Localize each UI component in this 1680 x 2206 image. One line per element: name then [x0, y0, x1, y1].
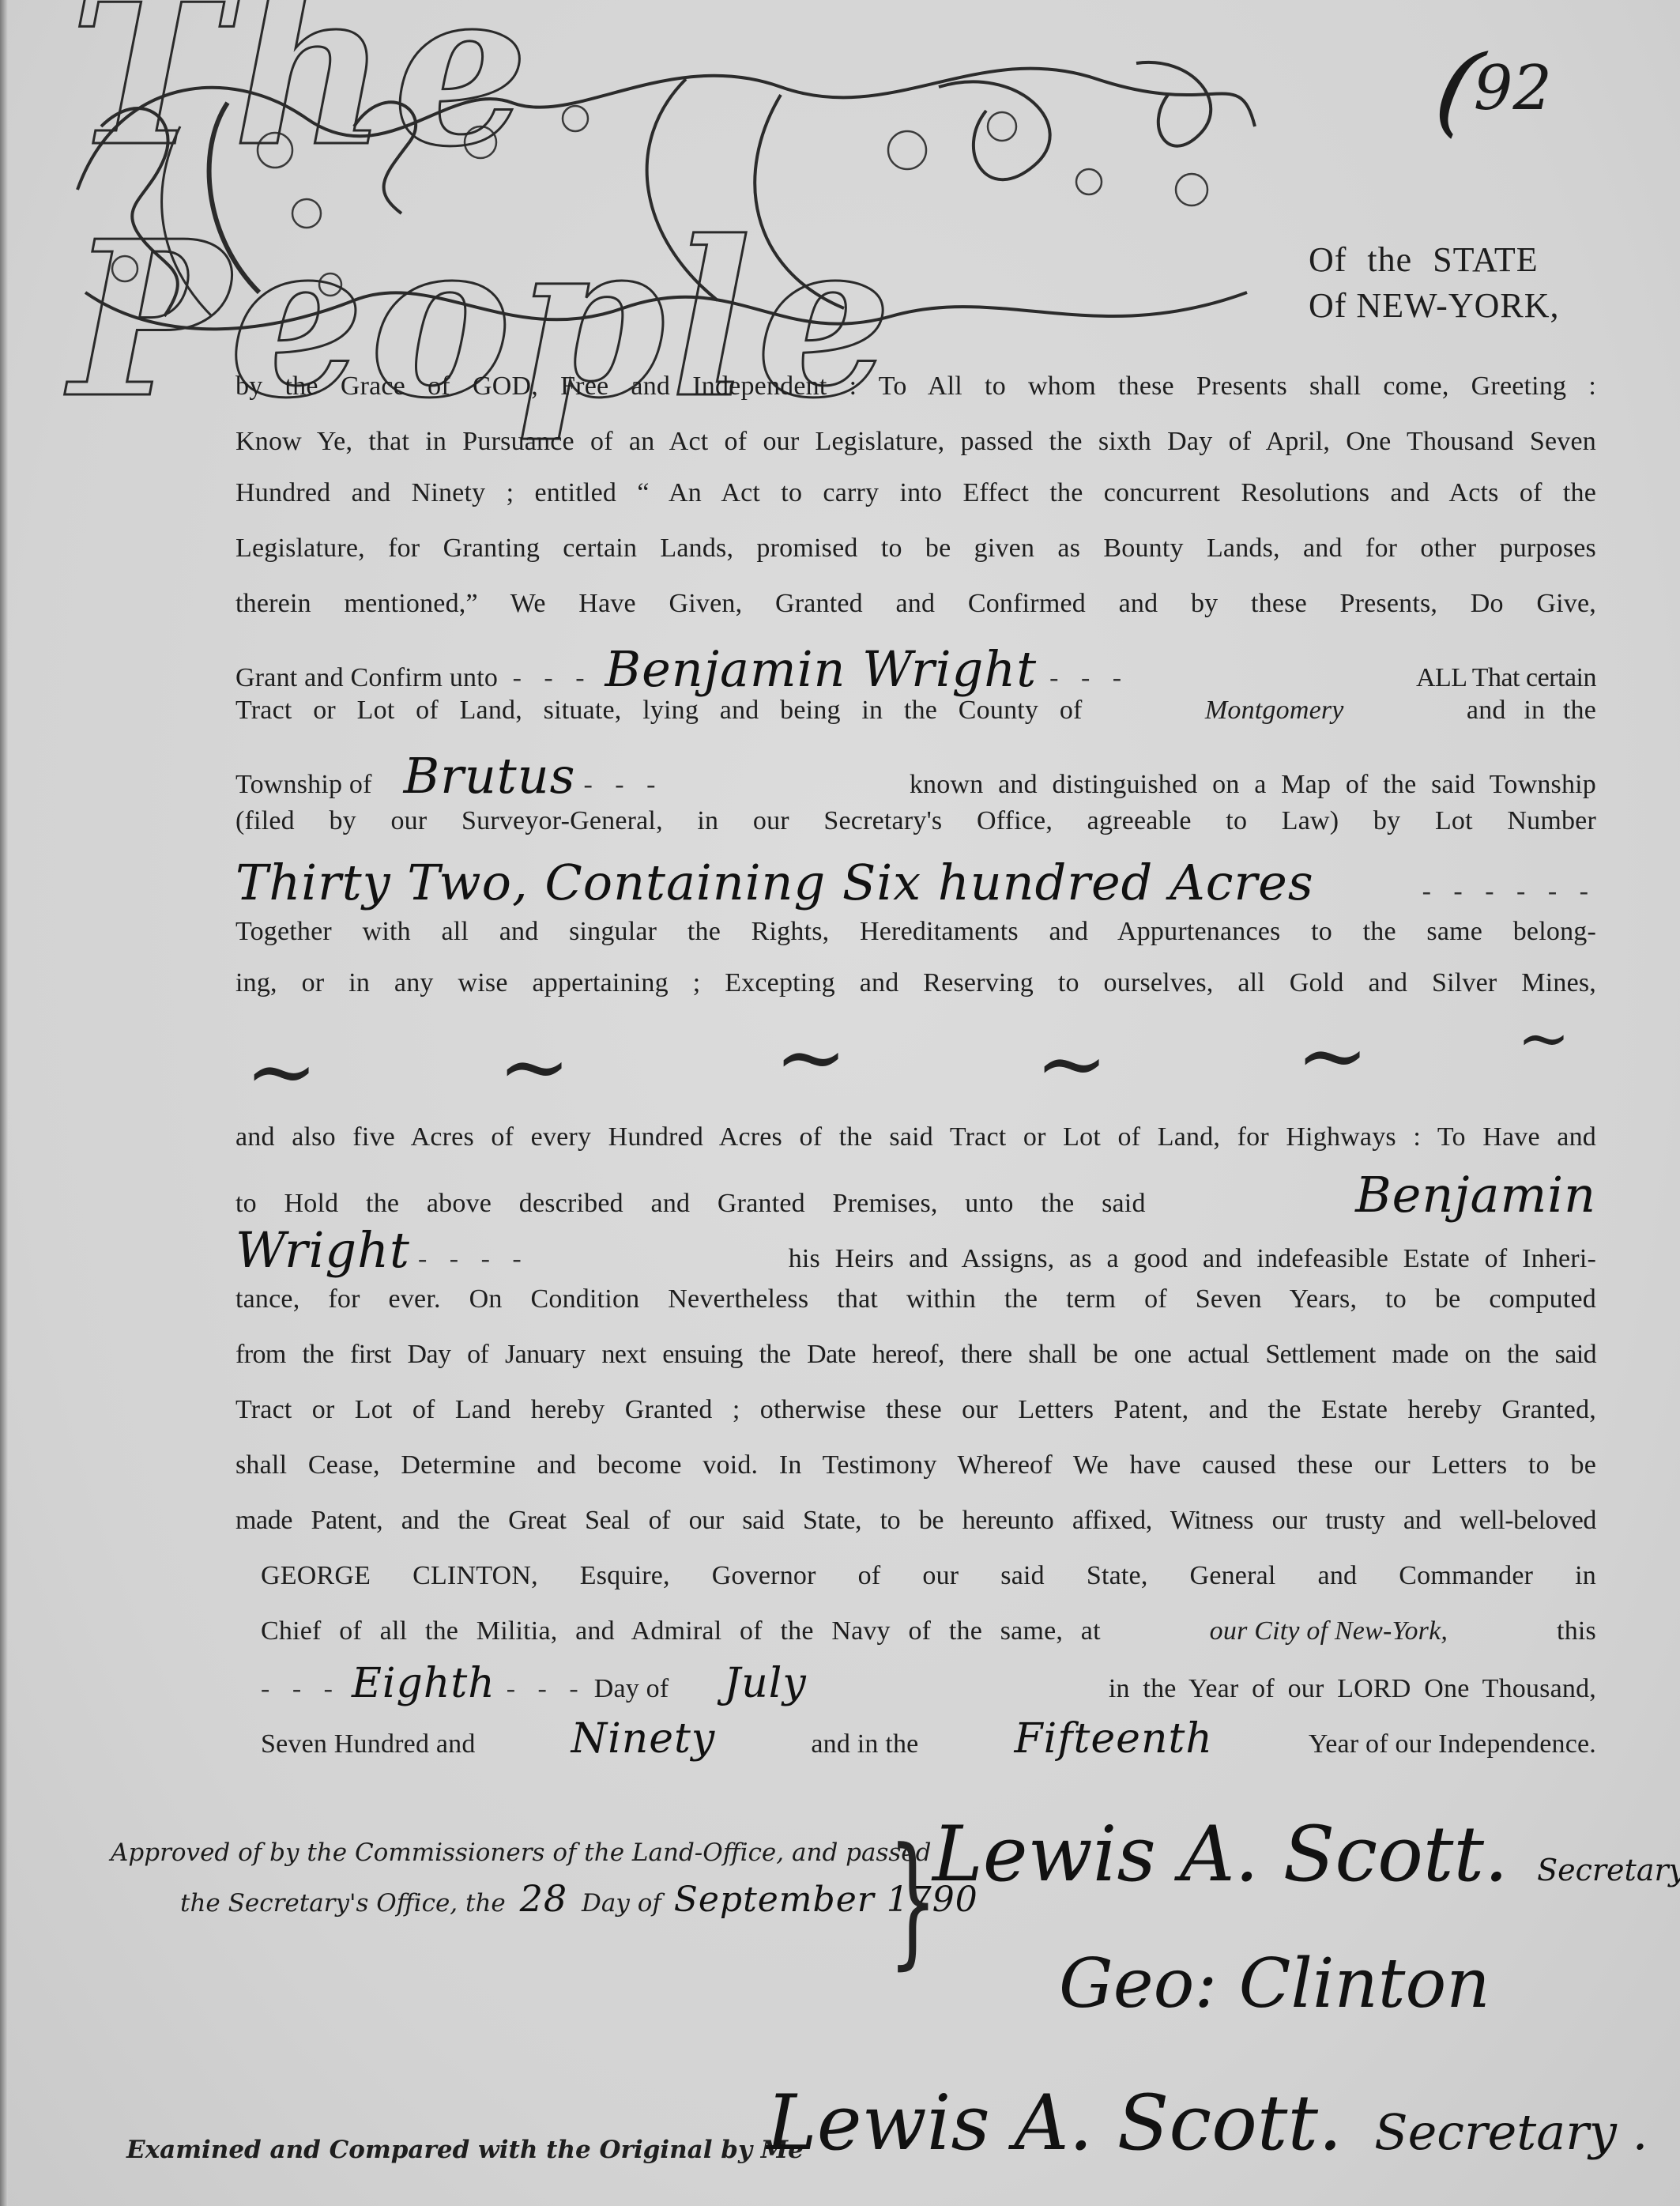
city-name: our City of New-York,: [1210, 1616, 1448, 1646]
approval-line-1: Approved of by the Commissioners of the …: [111, 1830, 931, 1876]
body-line-hold: to Hold the above described and Granted …: [235, 1166, 1596, 1224]
signature-secretary-examined: Lewis A. Scott. Secretary .: [767, 2079, 1648, 2167]
right-brace-icon: }: [888, 1818, 938, 1983]
handwritten-day: Eighth: [352, 1660, 495, 1707]
body-line-11: Together with all and singular the Right…: [235, 917, 1596, 947]
scan-edge: [0, 0, 8, 2206]
tilde-flourish-icon: ~: [1035, 1020, 1108, 1107]
signature-governor: Geo: Clinton: [1059, 1944, 1490, 2023]
handwritten-lot-acreage: Thirty Two, Containing Six hundred Acres: [235, 854, 1314, 911]
examined-label: Examined and Compared with the Original …: [126, 2136, 804, 2164]
handwritten-grantee-last: Wright: [235, 1221, 410, 1279]
tilde-flourish-icon: ~: [1517, 1007, 1570, 1070]
body-line-16: tance, for ever. On Condition Neverthele…: [235, 1284, 1596, 1314]
body-line-grantee: Grant and Confirm unto - - - Benjamin Wr…: [235, 640, 1596, 698]
body-line-1: by the Grace of GOD, Free and Independen…: [235, 371, 1596, 402]
reserved-mines-blank-flourishes: ~ ~ ~ ~ ~ ~: [237, 1028, 1588, 1091]
body-line-3: Hundred and Ninety ; entitled “ An Act t…: [235, 478, 1596, 508]
body-line-heirs: Wright - - - - his Heirs and Assigns, as…: [235, 1221, 1596, 1279]
body-line-city: Chief of all the Militia, and Admiral of…: [261, 1616, 1596, 1646]
tilde-flourish-icon: ~: [1296, 1012, 1369, 1099]
body-line-17: from the first Day of January next ensui…: [235, 1340, 1596, 1370]
body-line-year: Seven Hundred and Ninety and in the Fift…: [261, 1715, 1596, 1763]
handwritten-year: Ninety: [571, 1715, 716, 1763]
body-line-governor: GEORGE CLINTON, Esquire, Governor of our…: [261, 1561, 1596, 1591]
body-line-9: (filed by our Surveyor-General, in our S…: [235, 806, 1596, 836]
tilde-flourish-icon: ~: [245, 1028, 318, 1114]
document-page: The People (92 Of the STATE Of NEW-YORK,…: [0, 0, 1680, 2206]
body-line-lot: Thirty Two, Containing Six hundred Acres…: [235, 854, 1596, 911]
body-line-4: Legislature, for Granting certain Lands,…: [235, 534, 1596, 564]
handwritten-approval-day: 28: [520, 1877, 568, 1920]
body-line-county: Tract or Lot of Land, situate, lying and…: [235, 696, 1596, 726]
body-line-19: shall Cease, Determine and become void. …: [235, 1450, 1596, 1480]
tilde-flourish-icon: ~: [498, 1023, 571, 1110]
body-line-date: - - - Eighth - - - Day of July in the Ye…: [261, 1660, 1596, 1707]
tilde-flourish-icon: ~: [774, 1013, 847, 1100]
handwritten-grantee-first: Benjamin: [1355, 1166, 1596, 1224]
body-line-18: Tract or Lot of Land hereby Granted ; ot…: [235, 1395, 1596, 1425]
body-line-township: Township of Brutus - - - known and disti…: [235, 747, 1596, 805]
handwritten-independence-year: Fifteenth: [1015, 1715, 1213, 1763]
body-line-5: therein mentioned,” We Have Given, Grant…: [235, 589, 1596, 619]
handwritten-month: July: [724, 1660, 806, 1707]
body-line-13: and also five Acres of every Hundred Acr…: [235, 1122, 1596, 1152]
body-line-20: made Patent, and the Great Seal of our s…: [235, 1506, 1596, 1536]
handwritten-grantee: Benjamin Wright: [605, 640, 1038, 698]
handwritten-township: Brutus: [404, 747, 576, 805]
body-line-2: Know Ye, that in Pursuance of an Act of …: [235, 427, 1596, 457]
signature-secretary-approval: Lewis A. Scott. Secretary: [932, 1810, 1680, 1899]
body-line-12: ing, or in any wise appertaining ; Excep…: [235, 968, 1596, 998]
county-name: Montgomery: [1205, 696, 1344, 726]
approval-line-2: the Secretary's Office, the 28 Day of Se…: [180, 1876, 978, 1926]
